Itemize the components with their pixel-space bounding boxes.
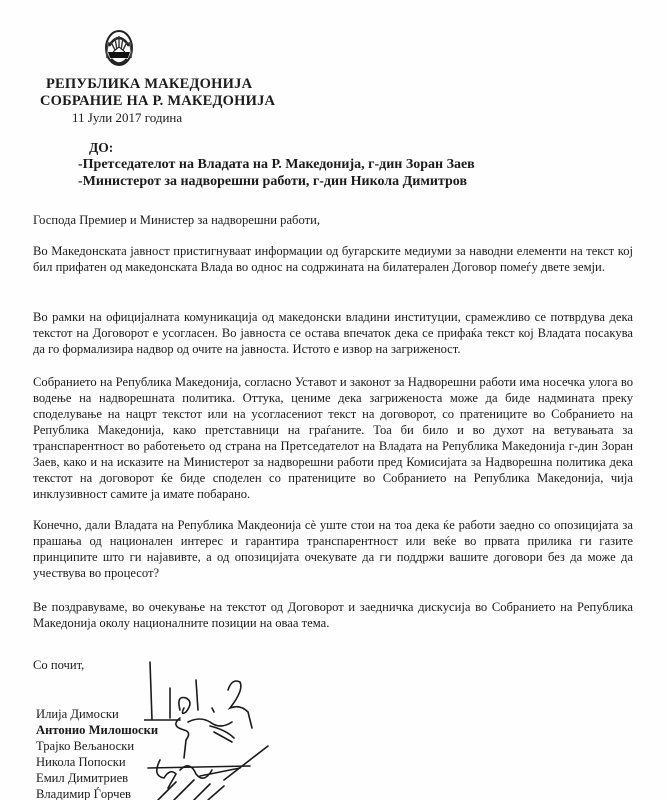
to-label: ДО: [89, 140, 113, 156]
recipients: -Претседателот на Владата на Р. Македони… [78, 156, 475, 190]
letterhead-country: РЕПУБЛИКА МАКЕДОНИЈА [40, 76, 275, 93]
recipient-foreign-minister: -Министерот за надворешни работи, г-дин … [78, 173, 475, 190]
letterhead: РЕПУБЛИКА МАКЕДОНИЈА СОБРАНИЕ НА Р. МАКЕ… [40, 76, 275, 125]
paragraph: Во рамки на официјалната комуникација од… [33, 309, 633, 357]
paragraph: Собранието на Република Македонија, согл… [33, 374, 633, 502]
salutation: Господа Премиер и Министер за надворешни… [33, 212, 633, 228]
paragraph: Конечно, дали Владата на Република Макде… [33, 517, 633, 581]
letter-page: РЕПУБЛИКА МАКЕДОНИЈА СОБРАНИЕ НА Р. МАКЕ… [0, 0, 666, 800]
coat-of-arms-icon [103, 28, 135, 72]
paragraph: Во Македонската јавност пристигнуваат ин… [33, 243, 633, 275]
letterhead-institution: СОБРАНИЕ НА Р. МАКЕДОНИЈА [40, 93, 275, 110]
closing: Со почит, [33, 658, 84, 673]
letter-date: 11 Јули 2017 година [40, 110, 275, 125]
handwritten-signatures-icon [140, 660, 280, 800]
paragraph: Ве поздравуваме, во очекување на текстот… [33, 599, 633, 631]
recipient-prime-minister: -Претседателот на Владата на Р. Македони… [78, 156, 475, 173]
